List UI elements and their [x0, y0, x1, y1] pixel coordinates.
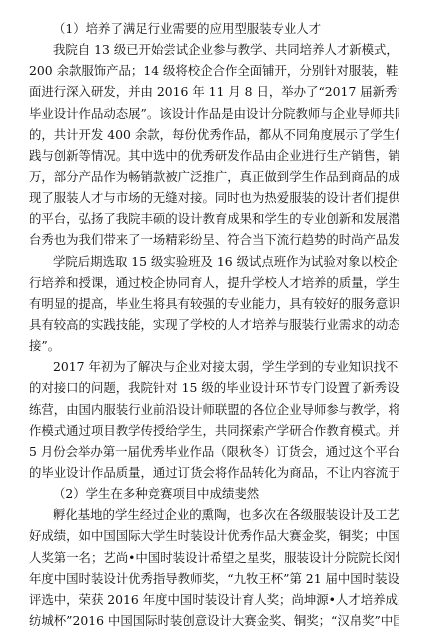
text-line: 练营，由国内服装行业前沿设计师联盟的各位企业导师参与教学，将企业现行运 [29, 399, 399, 420]
text-line: 2017 年初为了解决与企业对接太弱，学生学到的专业知识找不到一个合适 [29, 356, 399, 377]
text-line: 现了服装人才与市场的无缝对接。同时也为热爱服装的设计者们提供了一个展示 [29, 187, 399, 208]
text-line: 台秀也为我们带来了一场精彩纷呈、符合当下流行趋势的时尚产品发布会。 [29, 229, 399, 250]
text-line: 200 余款服饰产品；14 级将校企合作全面铺开，分别针对服装，鞋帽，饰品等方 [29, 60, 399, 81]
text-line: 5 月份会举办第一届优秀毕业作品（限秋冬）订货会，通过这个平台来展示学生 [29, 441, 399, 462]
text-line: 年度中国时装设计优秀指导教师奖，“九牧王杯”第 21 届中国时装设计新人奖 [29, 568, 399, 589]
paragraph: 我院自 13 级已开始尝试企业参与教学、共同培养人才新模式，累积研发出 200 … [29, 39, 399, 250]
section-heading: （1）培养了满足行业需要的应用型服装专业人才 [29, 18, 399, 39]
section-1: （1）培养了满足行业需要的应用型服装专业人才 我院自 13 级已开始尝试企业参与… [29, 18, 399, 483]
section-heading: （2）学生在多种竞赛项目中成绩斐然 [29, 483, 399, 504]
text-line: 的对接口的问题，我院针对 15 级的毕业设计环节专门设置了新秀设计师孵化训 [29, 377, 399, 398]
paragraph: 学院后期选取 15 级实验班及 16 级试点班作为试验对象以校企合作的模式进 行… [29, 251, 399, 357]
text-line: 践与创新等情况。其中选中的优秀研发作品由企业进行生产销售，销售额达 400 [29, 145, 399, 166]
text-line: 具有较高的实践技能，实现了学校的人才培养与服装行业需求的动态“无缝对 [29, 314, 399, 335]
text-line: 接”。 [29, 335, 399, 356]
text-line: 的平台，弘扬了我院丰硕的设计教育成果和学生的专业创新和发展潜力。本次 T [29, 208, 399, 229]
text-line: 有明显的提高，毕业生将具有较强的专业能力，具有较好的服务意识和创新精神， [29, 293, 399, 314]
text-line: 毕业设计作品动态展”。该设计作品是由设计分院教师与企业导师共同指导完成 [29, 103, 399, 124]
text-line: 作模式通过项目教学传授给学生，共同探索产学研合作教育模式。并决定在今年 [29, 420, 399, 441]
text-line: 孵化基地的学生经过企业的熏陶，也多次在各级服装设计及工艺比赛中获得 [29, 504, 399, 525]
text-line: 纺城杯”2016 中国国际时装创意设计大赛金奖、铜奖；“汉帛奖”中国国际青 [29, 610, 399, 631]
text-line: 人奖第一名；艺尚•中国时装设计希望之星奖，服装设计分院院长闵悦荣获 2016 [29, 547, 399, 568]
text-line: 万，部分产品作为畅销款被广泛推广，真正做到学生作品到商品的成功转换，实 [29, 166, 399, 187]
section-2: （2）学生在多种竞赛项目中成绩斐然 孵化基地的学生经过企业的熏陶，也多次在各级服… [29, 483, 399, 631]
text-line: 的毕业设计作品质量，通过订货会将作品转化为商品，不让内容流于形式。 [29, 462, 399, 483]
text-line: 我院自 13 级已开始尝试企业参与教学、共同培养人才新模式，累积研发出 [29, 39, 399, 60]
text-line: 好成绩，如中国国际大学生时装设计优秀作品大赛金奖，铜奖；中国时装设计新 [29, 525, 399, 546]
text-line: 面进行深入研发，并由 2016 年 11 月 8 日，举办了“2017 届新秀设… [29, 81, 399, 102]
paragraph: 孵化基地的学生经过企业的熏陶，也多次在各级服装设计及工艺比赛中获得 好成绩，如中… [29, 504, 399, 631]
text-line: 评选中，荣获 2016 年度中国时装设计育人奖；尚坤源•人才培养成果奖；中国轻 [29, 589, 399, 610]
text-line: 行培养和授课，通过校企协同育人，提升学校人才培养的质量，学生的综合素质 [29, 272, 399, 293]
paragraph: 2017 年初为了解决与企业对接太弱，学生学到的专业知识找不到一个合适 的对接口… [29, 356, 399, 483]
text-line: 学院后期选取 15 级实验班及 16 级试点班作为试验对象以校企合作的模式进 [29, 251, 399, 272]
document-page: （1）培养了满足行业需要的应用型服装专业人才 我院自 13 级已开始尝试企业参与… [29, 18, 399, 631]
text-line: 的，共计开发 400 余款，每份优秀作品，都从不同角度展示了学生们的学习实 [29, 124, 399, 145]
